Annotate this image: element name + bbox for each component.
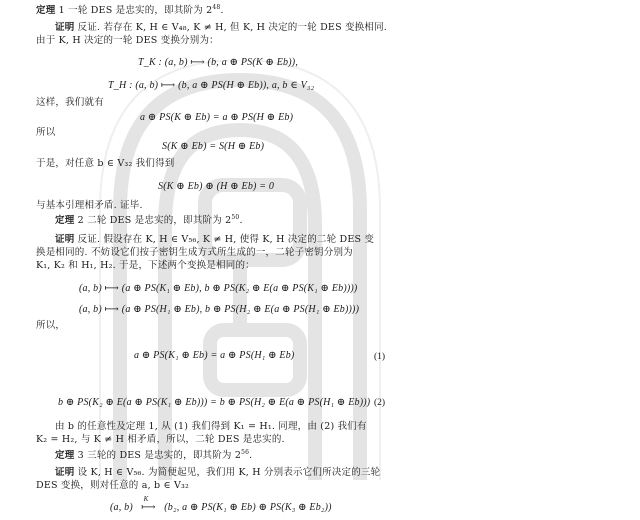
proof-2-line-3: K₁, K₂ 和 H₁, H₂. 于是，下述两个变换是相同的： bbox=[36, 260, 255, 272]
equation-a: a ⊕ PS(K ⊕ Eb) = a ⊕ PS(H ⊕ Eb) bbox=[140, 112, 293, 124]
theorem-label: 定理 bbox=[55, 215, 74, 226]
proof-2-line-4: 由 b 的任意性及定理 1, 从 (1) 我们得到 K₁ = H₁. 同理，由 … bbox=[55, 421, 367, 433]
equation-th: T_H : (a, b) ⟼ (b, a ⊕ PS(H ⊕ Eb)), a, b… bbox=[108, 80, 314, 92]
theorem-number: 3 bbox=[78, 450, 84, 461]
equation-c: S(K ⊕ Eb) ⊕ (H ⊕ Eb) = 0 bbox=[158, 181, 274, 193]
proof-2-line-1: 证明 反证. 假设存在 K, H ∈ V₅₆, K ≠ H, 使得 K, H 决… bbox=[55, 234, 374, 246]
theorem-end: . bbox=[239, 215, 242, 226]
text-therefore: 所以 bbox=[36, 127, 55, 139]
theorem-statement: 三轮的 DES 是忠实的，即其阶为 2 bbox=[87, 450, 241, 461]
equation-2-number: (2) bbox=[374, 398, 385, 408]
arrow-label: K bbox=[144, 493, 149, 505]
theorem-end: . bbox=[220, 5, 223, 16]
theorem-end: . bbox=[249, 450, 252, 461]
proof-2-line-2: 换是相同的. 不妨设它们按子密钥生成方式所生成的一，二轮子密钥分别为 bbox=[36, 247, 353, 259]
proof-label: 证明 bbox=[55, 22, 74, 33]
proof-1-conclusion: 与基本引理相矛盾. 证毕. bbox=[36, 200, 143, 212]
proof-label: 证明 bbox=[55, 234, 74, 245]
theorem-label: 定理 bbox=[55, 450, 74, 461]
equation-1: a ⊕ PS(K₁ ⊕ Eb) = a ⊕ PS(H₁ ⊕ Eb) bbox=[134, 350, 294, 362]
theorem-exponent: 56 bbox=[241, 449, 249, 456]
equation-h-transform: (a, b) ⟼ (a ⊕ PS(H₁ ⊕ Eb), b ⊕ PS(H₂ ⊕ E… bbox=[79, 304, 359, 316]
equation-2: b ⊕ PS(K₂ ⊕ E(a ⊕ PS(K₁ ⊕ Eb))) = b ⊕ PS… bbox=[58, 397, 370, 409]
mapsto-arrow: K⟼ bbox=[136, 502, 162, 514]
theorem-number: 2 bbox=[78, 215, 84, 226]
theorem-label: 定理 bbox=[36, 5, 55, 16]
theorem-1: 定理 1 一轮 DES 是忠实的，即其阶为 248. bbox=[36, 5, 224, 17]
text-thus: 于是，对任意 b ∈ V₃₂ 我们得到 bbox=[36, 158, 174, 170]
equation-tk: T_K : (a, b) ⟼ (b, a ⊕ PS(K ⊕ Eb)), bbox=[138, 57, 298, 69]
equation-1-number: (1) bbox=[374, 352, 385, 362]
proof-3-line-1: 证明 设 K, H ∈ V₅₆. 为简便起见，我们用 K, H 分别表示它们所决… bbox=[55, 467, 380, 479]
theorem-statement: 一轮 DES 是忠实的，即其阶为 2 bbox=[68, 5, 212, 16]
proof-label: 证明 bbox=[55, 467, 74, 478]
text-therefore-2: 所以， bbox=[36, 320, 65, 332]
proof-1-line-1: 证明 反证. 若存在 K, H ∈ V₄₈, K ≠ H, 但 K, H 决定的… bbox=[55, 22, 387, 34]
equation-k-three-round: (a, b) K⟼ (b₂, a ⊕ PS(K₁ ⊕ Eb) ⊕ PS(K₃ ⊕… bbox=[110, 502, 332, 514]
proof-text: 反证. 假设存在 K, H ∈ V₅₆, K ≠ H, 使得 K, H 决定的二… bbox=[78, 234, 374, 245]
equation-rhs: (b₂, a ⊕ PS(K₁ ⊕ Eb) ⊕ PS(K₃ ⊕ Eb₂)) bbox=[164, 502, 331, 513]
proof-2-line-5: K₂ = H₂, 与 K ≠ H 相矛盾，所以，二轮 DES 是忠实的. bbox=[36, 434, 285, 446]
equation-k-transform: (a, b) ⟼ (a ⊕ PS(K₁ ⊕ Eb), b ⊕ PS(K₂ ⊕ E… bbox=[79, 283, 357, 295]
proof-3-line-2: DES 变换，则对任意的 a, b ∈ V₃₂ bbox=[36, 480, 189, 492]
theorem-number: 1 bbox=[59, 5, 65, 16]
document-page: 定理 1 一轮 DES 是忠实的，即其阶为 248. 证明 反证. 若存在 K,… bbox=[0, 0, 640, 520]
theorem-3: 定理 3 三轮的 DES 是忠实的，即其阶为 256. bbox=[55, 450, 252, 462]
equation-b: S(K ⊕ Eb) = S(H ⊕ Eb) bbox=[162, 141, 264, 153]
theorem-statement: 二轮 DES 是忠实的，即其阶为 2 bbox=[87, 215, 231, 226]
text-so-we-have: 这样，我们就有 bbox=[36, 97, 104, 109]
proof-text: 反证. 若存在 K, H ∈ V₄₈, K ≠ H, 但 K, H 决定的一轮 … bbox=[78, 22, 387, 33]
theorem-2: 定理 2 二轮 DES 是忠实的，即其阶为 250. bbox=[55, 215, 243, 227]
proof-1-line-2: 由于 K, H 决定的一轮 DES 变换分别为： bbox=[36, 35, 219, 47]
equation-lhs: (a, b) bbox=[110, 502, 133, 513]
proof-text: 设 K, H ∈ V₅₆. 为简便起见，我们用 K, H 分别表示它们所决定的三… bbox=[78, 467, 381, 478]
